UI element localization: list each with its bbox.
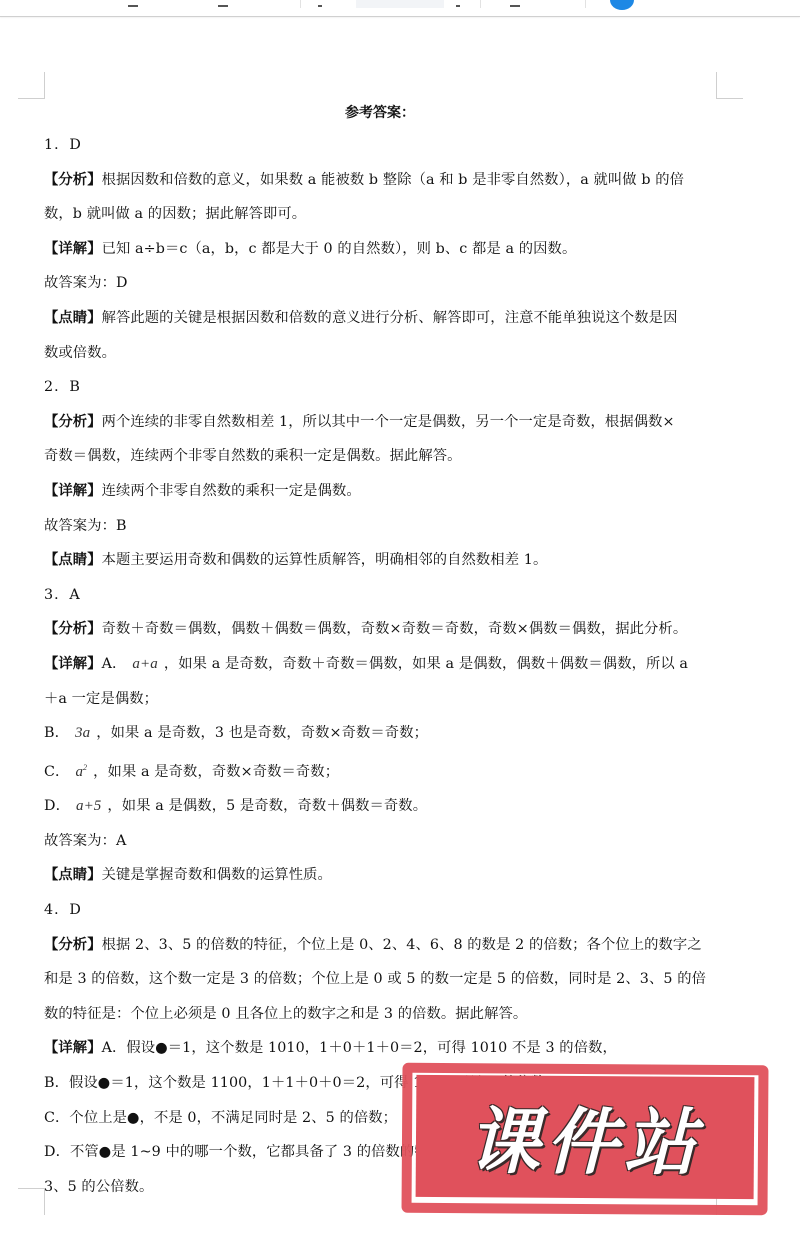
text-line: 【点睛】本题主要运用奇数和偶数的运算性质解答，明确相邻的自然数相差 1。	[44, 543, 724, 578]
line-text: 奇数＋奇数＝偶数，偶数＋偶数＝偶数，奇数×奇数＝奇数，奇数×偶数＝偶数，据此分析…	[102, 621, 688, 637]
line-text: 故答案为：D	[44, 275, 128, 291]
section-tag: 【分析】	[44, 937, 102, 953]
line-text: 两个连续的非零自然数相差 1，所以其中一个一定是偶数，另一个一定是奇数，根据偶数…	[102, 414, 675, 430]
question-answer-line: 1．D	[44, 128, 724, 163]
text-line: D．a+5，如果 a 是偶数，5 是奇数，奇数＋偶数＝奇数。	[44, 789, 724, 824]
math-expression: a+5	[76, 798, 101, 814]
line-text: ，如果 a 是奇数，奇数×奇数＝奇数；	[93, 764, 339, 780]
section-tag: 【详解】	[44, 656, 102, 672]
line-text: 和是 3 的倍数，这个数一定是 3 的倍数；个位上是 0 或 5 的数一定是 5…	[44, 971, 706, 987]
text-line: 【详解】已知 a÷b＝c（a，b，c 都是大于 0 的自然数），则 b、c 都是…	[44, 232, 724, 267]
math-expression: a+a	[132, 656, 157, 672]
text-line: 【分析】奇数＋奇数＝偶数，偶数＋偶数＝偶数，奇数×奇数＝奇数，奇数×偶数＝偶数，…	[44, 612, 724, 647]
text-line: 【分析】两个连续的非零自然数相差 1，所以其中一个一定是偶数，另一个一定是奇数，…	[44, 405, 724, 440]
section-tag: 【详解】	[44, 483, 102, 499]
toolbar-icon[interactable]	[218, 0, 228, 7]
option-prefix: D．	[44, 798, 70, 814]
page-title: 参考答案：	[36, 98, 724, 128]
line-text: 根据因数和倍数的意义，如果数 a 能被数 b 整除（a 和 b 是非零自然数），…	[102, 172, 684, 188]
line-text: 3．A	[44, 587, 81, 603]
text-line: B．3a，如果 a 是奇数，3 也是奇数，奇数×奇数＝奇数；	[44, 716, 724, 751]
app-badge-icon[interactable]	[610, 0, 634, 10]
section-tag: 【分析】	[44, 414, 102, 430]
question-answer-line: 4．D	[44, 893, 724, 928]
section-tag: 【点睛】	[44, 310, 102, 326]
section-tag: 【点睛】	[44, 867, 102, 883]
toolbar-separator	[585, 0, 586, 8]
line-text: 3、5 的公倍数。	[44, 1179, 153, 1195]
zoom-in-icon[interactable]	[456, 0, 460, 7]
line-text: 故答案为：A	[44, 833, 126, 849]
watermark-text: 课件站	[402, 1083, 769, 1190]
section-tag: 【详解】	[44, 1040, 102, 1056]
text-line: 故答案为：A	[44, 824, 724, 859]
line-text: A．假设●＝1，这个数是 1010，1＋0＋1＋0＝2，可得 1010 不是 3…	[102, 1040, 617, 1056]
line-text: 数，b 就叫做 a 的因数；据此解答即可。	[44, 206, 306, 222]
zoom-out-icon[interactable]	[318, 0, 322, 7]
option-prefix: C．	[44, 764, 69, 780]
text-line: 奇数＝偶数，连续两个非零自然数的乘积一定是偶数。据此解答。	[44, 439, 724, 474]
line-text: 数的特征是：个位上必须是 0 且各位上的数字之和是 3 的倍数。据此解答。	[44, 1006, 527, 1022]
text-line: 【详解】A．a+a，如果 a 是奇数，奇数＋奇数＝偶数，如果 a 是偶数，偶数＋…	[44, 647, 724, 682]
page-corner-mark	[18, 72, 45, 99]
question-answer-line: 3．A	[44, 578, 724, 613]
line-text: 故答案为：B	[44, 518, 127, 534]
toolbar-separator	[480, 0, 481, 8]
watermark-stamp: 课件站	[401, 1063, 768, 1216]
text-line: 【详解】连续两个非零自然数的乘积一定是偶数。	[44, 474, 724, 509]
document-page: 参考答案： 1．D【分析】根据因数和倍数的意义，如果数 a 能被数 b 整除（a…	[44, 98, 724, 1204]
line-text: 2．B	[44, 379, 81, 395]
toolbar-icon[interactable]	[510, 0, 520, 7]
section-tag: 【分析】	[44, 172, 102, 188]
text-line: 数或倍数。	[44, 336, 724, 371]
text-line: 故答案为：B	[44, 509, 724, 544]
question-answer-line: 2．B	[44, 370, 724, 405]
line-text: C．个位上是●，不是 0，不满足同时是 2、5 的倍数；	[44, 1110, 397, 1126]
page-corner-mark	[716, 72, 743, 99]
zoom-field[interactable]	[356, 0, 444, 8]
line-text: 奇数＝偶数，连续两个非零自然数的乘积一定是偶数。据此解答。	[44, 448, 462, 464]
line-text: 数或倍数。	[44, 345, 116, 361]
line-text: 本题主要运用奇数和偶数的运算性质解答，明确相邻的自然数相差 1。	[102, 552, 548, 568]
math-expression: a2	[75, 764, 87, 780]
math-superscript: 2	[83, 763, 87, 772]
toolbar-separator	[300, 0, 301, 8]
text-line: 【点睛】解答此题的关键是根据因数和倍数的意义进行分析、解答即可，注意不能单独说这…	[44, 301, 724, 336]
line-text: 1．D	[44, 137, 82, 153]
option-prefix: B．	[44, 725, 69, 741]
line-text: 根据 2、3、5 的倍数的特征，个位上是 0、2、4、6、8 的数是 2 的倍数…	[102, 937, 702, 953]
text-line: 数的特征是：个位上必须是 0 且各位上的数字之和是 3 的倍数。据此解答。	[44, 997, 724, 1032]
document-body: 1．D【分析】根据因数和倍数的意义，如果数 a 能被数 b 整除（a 和 b 是…	[44, 128, 724, 1204]
section-tag: 【点睛】	[44, 552, 102, 568]
line-text: ，如果 a 是偶数，5 是奇数，奇数＋偶数＝奇数。	[107, 798, 427, 814]
text-line: 故答案为：D	[44, 266, 724, 301]
line-text: 已知 a÷b＝c（a，b，c 都是大于 0 的自然数），则 b、c 都是 a 的…	[102, 241, 577, 257]
text-line: 和是 3 的倍数，这个数一定是 3 的倍数；个位上是 0 或 5 的数一定是 5…	[44, 962, 724, 997]
text-line: 【分析】根据因数和倍数的意义，如果数 a 能被数 b 整除（a 和 b 是非零自…	[44, 163, 724, 198]
line-text: ，如果 a 是奇数，奇数＋奇数＝偶数，如果 a 是偶数，偶数＋偶数＝偶数，所以 …	[164, 656, 688, 672]
page-corner-mark	[18, 1188, 45, 1215]
line-text: 解答此题的关键是根据因数和倍数的意义进行分析、解答即可，注意不能单独说这个数是因	[102, 310, 678, 326]
toolbar-icon[interactable]	[128, 0, 138, 7]
line-text: 关键是掌握奇数和偶数的运算性质。	[102, 867, 332, 883]
line-text: ，如果 a 是奇数，3 也是奇数，奇数×奇数＝奇数；	[96, 725, 428, 741]
text-line: 【分析】根据 2、3、5 的倍数的特征，个位上是 0、2、4、6、8 的数是 2…	[44, 928, 724, 963]
section-tag: 【详解】	[44, 241, 102, 257]
section-tag: 【分析】	[44, 621, 102, 637]
viewer-toolbar	[0, 0, 800, 17]
text-line: 【详解】A．假设●＝1，这个数是 1010，1＋0＋1＋0＝2，可得 1010 …	[44, 1031, 724, 1066]
line-text: 连续两个非零自然数的乘积一定是偶数。	[102, 483, 361, 499]
option-prefix: A．	[102, 656, 127, 672]
text-line: 【点睛】关键是掌握奇数和偶数的运算性质。	[44, 858, 724, 893]
line-text: 4．D	[44, 902, 82, 918]
line-text: ＋a 一定是偶数；	[44, 691, 158, 707]
text-line: 数，b 就叫做 a 的因数；据此解答即可。	[44, 197, 724, 232]
text-line: ＋a 一定是偶数；	[44, 682, 724, 717]
text-line: C．a2，如果 a 是奇数，奇数×奇数＝奇数；	[44, 751, 724, 790]
math-expression: 3a	[75, 725, 90, 741]
